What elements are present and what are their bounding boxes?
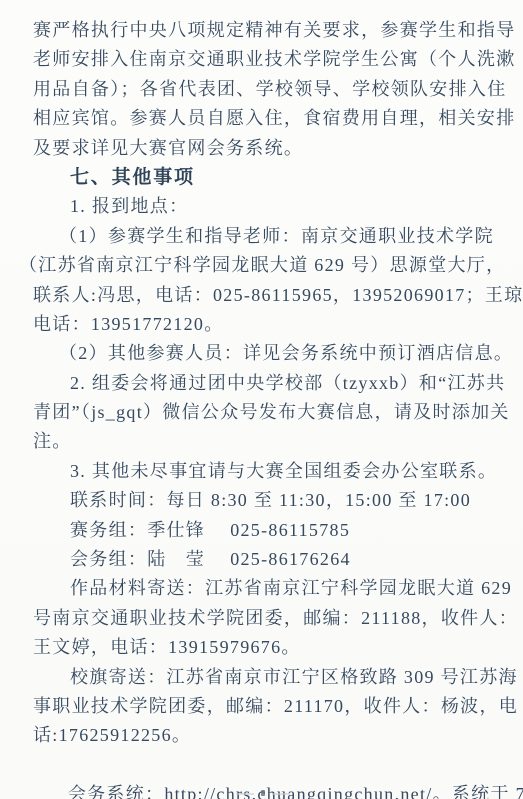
conference-system-line: 会务系统：http://chrs.chuangqingchun.net/。系统于…	[33, 751, 499, 780]
document-line: （江苏省南京江宁科学园龙眠大道 629 号）思源堂大厅，	[33, 251, 499, 280]
conference-affairs-contact-line: 会务组：陆 莹 025-86176264	[33, 545, 499, 574]
document-line: 话:17625912256。	[33, 721, 499, 750]
document-line: 王文婷，电话：13915979676。	[33, 633, 499, 662]
document-line: 号南京交通职业技术学院团委，邮编：211188，收件人：	[33, 604, 499, 633]
competition-affairs-contact-line: 赛务组：季仕锋 025-86115785	[33, 516, 499, 545]
flag-mailing-line: 校旗寄送：江苏省南京市江宁区格致路 309 号江苏海	[33, 663, 499, 692]
document-line: 3. 其他未尽事宜请与大赛全国组委会办公室联系。	[33, 457, 499, 486]
document-body: 赛严格执行中央八项规定精神有关要求，参赛学生和指导 老师安排入住南京交通职业技术…	[33, 16, 499, 780]
document-line: 老师安排入住南京交通职业技术学院学生公寓（个人洗漱	[33, 45, 499, 74]
document-line: 事职业技术学院团委，邮编：211170，收件人：杨波，电	[33, 692, 499, 721]
document-line: 2. 组委会将通过团中央学校部（tzyxxb）和“江苏共	[33, 369, 499, 398]
document-line: 及要求详见大赛官网会务系统。	[33, 134, 499, 163]
page-number-dash-left	[236, 793, 254, 795]
document-line: （2）其他参赛人员：详见会务系统中预订酒店信息。	[33, 339, 499, 368]
document-line: 赛严格执行中央八项规定精神有关要求，参赛学生和指导	[33, 16, 499, 45]
scanned-document-page: 赛严格执行中央八项规定精神有关要求，参赛学生和指导 老师安排入住南京交通职业技术…	[0, 0, 523, 799]
registration-location-label: 1. 报到地点：	[33, 192, 499, 221]
materials-mailing-line: 作品材料寄送：江苏省南京江宁科学园龙眠大道 629	[33, 574, 499, 603]
document-line: （1）参赛学生和指导老师：南京交通职业技术学院	[33, 222, 499, 251]
document-line: 用品自备）；各省代表团、学校领导、学校领队安排入住	[33, 75, 499, 104]
document-line: 联系人:冯思，电话：025-86115965，13952069017；王琼，	[33, 281, 499, 310]
section-heading-other-matters: 七、其他事项	[33, 163, 499, 192]
page-number-dash-right	[272, 793, 290, 795]
document-line: 注。	[33, 427, 499, 456]
page-number-digit-top	[261, 790, 265, 796]
contact-hours-line: 联系时间：每日 8:30 至 11:30，15:00 至 17:00	[33, 486, 499, 515]
document-line: 相应宾馆。参赛人员自愿入住，食宿费用自理，相关安排	[33, 104, 499, 133]
document-line: 电话：13951772120。	[33, 310, 499, 339]
page-number-partial-mark	[0, 789, 523, 799]
document-line: 青团”（js_gqt）微信公众号发布大赛信息，请及时添加关	[33, 398, 499, 427]
